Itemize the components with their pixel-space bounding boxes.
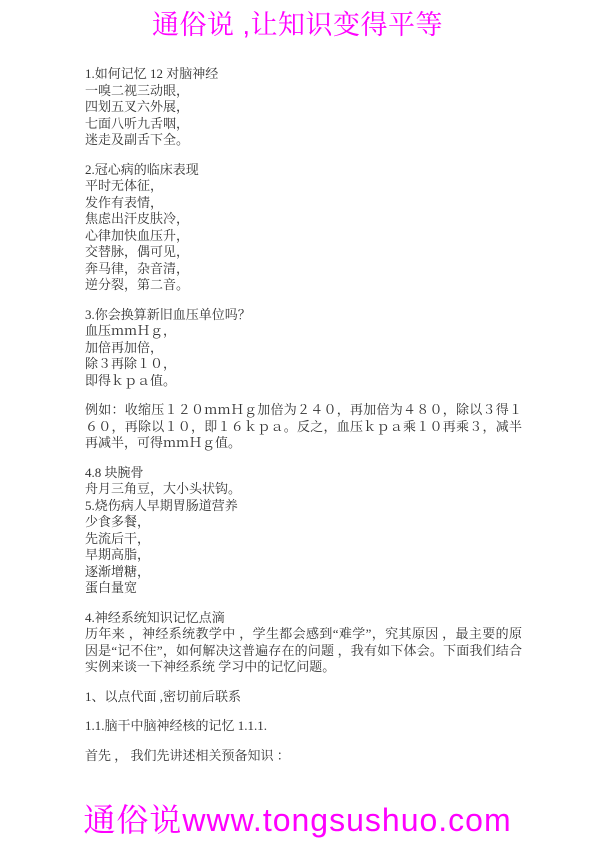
site-slogan: 通俗说 ,让知识变得平等 <box>0 3 595 42</box>
text-line: 先流后干， <box>85 531 522 548</box>
text-line: 即得ｋｐａ值。 <box>85 373 522 390</box>
site-watermark: 通俗说www.tongsushuo.com <box>0 795 595 841</box>
text-line: 加倍再加倍， <box>85 340 522 357</box>
section-heading: 4.神经系统知识记忆点滴 <box>85 610 522 627</box>
section-coronary-disease: 2.冠心病的临床表现 平时无体征， 发作有表情， 焦虑出汗皮肤冷， 心律加快血压… <box>85 162 522 294</box>
section-heading: 4.8 块腕骨 <box>85 465 522 482</box>
text-line: 发作有表情， <box>85 195 522 212</box>
text-line: 首先 ， 我们先讲述相关预备知识 ： <box>85 748 522 765</box>
section-intro-note: 首先 ， 我们先讲述相关预备知识 ： <box>85 748 522 765</box>
text-line: 一嗅二视三动眼， <box>85 83 522 100</box>
text-line: 焦虑出汗皮肤冷， <box>85 211 522 228</box>
section-heading: 3.你会换算新旧血压单位吗？ <box>85 307 522 324</box>
text-line: 迷走及副舌下全。 <box>85 132 522 149</box>
section-bp-example: 例如：收缩压１２０ｍｍＨｇ加倍为２４０，再加倍为４８０，除以３得１６０，再除以１… <box>85 402 522 452</box>
section-cranial-nerves: 1.如何记忆 12 对脑神经 一嗅二视三动眼， 四划五叉六外展， 七面八听九舌咽… <box>85 66 522 149</box>
text-line: 血压ｍｍＨｇ， <box>85 323 522 340</box>
section-heading: 1.1.脑干中脑神经核的记忆 1.1.1. <box>85 718 522 735</box>
section-heading: 5.烧伤病人早期胃肠道营养 <box>85 498 522 515</box>
text-line: 四划五叉六外展， <box>85 99 522 116</box>
text-line: 奔马律，杂音清， <box>85 261 522 278</box>
text-line: 交替脉，偶可见， <box>85 244 522 261</box>
text-line: 逆分裂，第二音。 <box>85 277 522 294</box>
text-line: 七面八听九舌咽， <box>85 116 522 133</box>
text-line: 少食多餐， <box>85 514 522 531</box>
paragraph: 例如：收缩压１２０ｍｍＨｇ加倍为２４０，再加倍为４８０，除以３得１６０，再除以１… <box>85 402 522 452</box>
paragraph: 历年来 ，神经系统教学中 ，学生都会感到“难学”，究其原因 ，最主要的原因是“记… <box>85 626 522 676</box>
text-line: 逐渐增糖， <box>85 564 522 581</box>
text-line: 早期高脂， <box>85 547 522 564</box>
text-line: 蛋白量宽 <box>85 580 522 597</box>
text-line: 平时无体征， <box>85 178 522 195</box>
document-content: 1.如何记忆 12 对脑神经 一嗅二视三动眼， 四划五叉六外展， 七面八听九舌咽… <box>85 66 522 777</box>
section-point-method: 1、以点代面 ,密切前后联系 <box>85 689 522 706</box>
section-brainstem-memory: 1.1.脑干中脑神经核的记忆 1.1.1. <box>85 718 522 735</box>
section-heading: 1.如何记忆 12 对脑神经 <box>85 66 522 83</box>
section-heading: 1、以点代面 ,密切前后联系 <box>85 689 522 706</box>
section-bp-units: 3.你会换算新旧血压单位吗？ 血压ｍｍＨｇ， 加倍再加倍， 除３再除１０， 即得… <box>85 307 522 390</box>
text-line: 心律加快血压升， <box>85 228 522 245</box>
document-page: 通俗说 ,让知识变得平等 1.如何记忆 12 对脑神经 一嗅二视三动眼， 四划五… <box>0 0 595 842</box>
text-line: 舟月三角豆，大小头状钩。 <box>85 481 522 498</box>
section-nervous-system: 4.神经系统知识记忆点滴 历年来 ，神经系统教学中 ，学生都会感到“难学”，究其… <box>85 610 522 676</box>
section-heading: 2.冠心病的临床表现 <box>85 162 522 179</box>
text-line: 除３再除１０， <box>85 356 522 373</box>
section-carpal-and-burn: 4.8 块腕骨 舟月三角豆，大小头状钩。 5.烧伤病人早期胃肠道营养 少食多餐，… <box>85 465 522 597</box>
